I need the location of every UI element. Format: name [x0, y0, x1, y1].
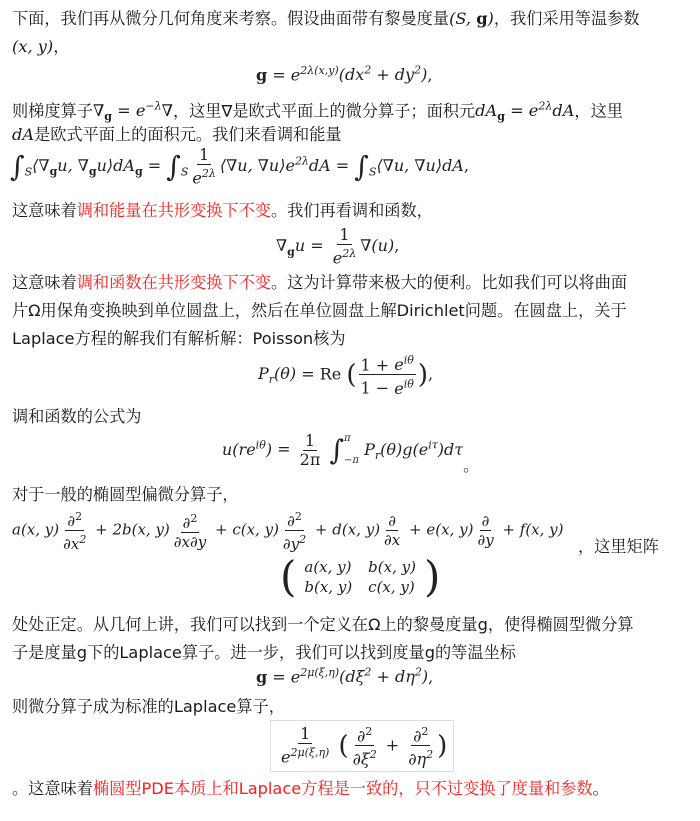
para-6: 对于一般的椭圆型偏微分算子， — [12, 484, 239, 506]
matrix-cell: c(x, y) — [360, 577, 424, 597]
math-gradient-g: ∇g = e−λ∇ — [93, 101, 173, 120]
math-area-element: dAg = e2λdA — [475, 101, 574, 120]
punct: 。 — [463, 456, 479, 475]
punct: , — [427, 65, 432, 84]
punct: , — [428, 364, 433, 383]
para-4-text-b: 。这为计算带来极大的便利。比如我们可以将曲面 — [271, 273, 627, 292]
para-7-line-2: 子是度量g下的Laplace算子。进一步，我们可以找到度量g的等温坐标 — [12, 642, 516, 664]
highlight-harmonic-invariant: 调和函数在共形变换下不变 — [77, 273, 271, 292]
matrix-cell: a(x, y) — [296, 557, 360, 577]
lower-limit: −π — [344, 450, 359, 472]
matrix-cell: b(x, y) — [296, 577, 360, 597]
matrix-table: a(x, y)b(x, y) b(x, y)c(x, y) — [296, 557, 424, 597]
para-8: 则微分算子成为标准的Laplace算子， — [12, 696, 285, 718]
para-3: 这意味着调和能量在共形变换下不变。我们再看调和函数， — [12, 200, 433, 222]
punct: , — [428, 667, 433, 686]
equation-harmonic: u(reiθ) = 12π ∫π−π Pr(θ)g(eiτ)dτ。 — [222, 428, 479, 472]
matrix-cell: b(x, y) — [360, 557, 424, 577]
frac-num: 1 — [298, 725, 312, 744]
fraction: 1e2λ — [190, 146, 217, 187]
para-1-text-a: 下面，我们再从微分几何角度来考察。假设曲面带有黎曼度量 — [12, 9, 449, 28]
equation-laplace: 1e2μ(ξ,η) (∂2∂ξ2 + ∂2∂η2) — [270, 720, 454, 772]
para-7-line-1: 处处正定。从几何上讲，我们可以找到一个定义在Ω上的黎曼度量g，使得椭圆型微分算 — [12, 614, 634, 636]
equation-isothermal: g = e2μ(ξ,η)(dξ2 + dη2), — [256, 666, 433, 686]
metric-exponent: 2λ(x,y) — [300, 64, 338, 77]
para-1-line-1: 下面，我们再从微分几何角度来考察。假设曲面带有黎曼度量(S, g)，我们采用等温… — [12, 8, 640, 30]
iso-exponent: 2μ(ξ,η) — [300, 666, 339, 679]
para-9-text-b: 。 — [593, 779, 609, 798]
highlight-energy-invariant: 调和能量在共形变换下不变 — [77, 201, 271, 220]
para-2-text-c: ，这里 — [574, 101, 623, 120]
para-4-text-a: 这意味着 — [12, 273, 77, 292]
operator-trailing-text: ，这里矩阵 — [578, 536, 659, 558]
para-1-line-2: (x, y)， — [12, 36, 69, 58]
math-S-g: (S, g) — [449, 9, 494, 28]
para-4-line-3: Laplace方程的解我们有解析解：Poisson核为 — [12, 328, 346, 350]
para-2-line-2-text: 是欧式平面上的面积元。我们来看调和能量 — [34, 125, 342, 144]
para-4-line-2: 片Ω用保角变换映到单位圆盘上，然后在单位圆盘上解Dirichlet问题。在圆盘上… — [12, 300, 627, 322]
para-9-text-a: 。这意味着 — [12, 779, 93, 798]
equation-energy: ∫S⟨∇gu, ∇gu⟩dAg = ∫S1e2λ⟨∇u, ∇u⟩e2λdA = … — [10, 146, 469, 187]
para-3-text-a: 这意味着 — [12, 201, 77, 220]
para-9: 。这意味着椭圆型PDE本质上和Laplace方程是一致的，只不过变换了度量和参数… — [12, 778, 609, 800]
equation-metric: g = e2λ(x,y)(dx2 + dy2), — [256, 64, 432, 84]
para-5: 调和函数的公式为 — [12, 406, 142, 428]
highlight-pde-conclusion: 椭圆型PDE本质上和Laplace方程是一致的，只不过变换了度量和参数 — [93, 779, 593, 798]
para-2-text-b: ，这里∇是欧式平面上的微分算子；面积元 — [173, 101, 475, 120]
punct: , — [394, 236, 399, 255]
frac-num: 1 — [303, 432, 317, 451]
equation-poisson: Pr(θ) = Re (1 + eiθ1 − eiθ), — [258, 352, 433, 398]
equation-operator: a(x, y)∂2∂x2 + 2b(x, y)∂2∂x∂y + c(x, y)∂… — [12, 508, 564, 553]
punct: , — [464, 156, 469, 175]
equation-matrix: ( a(x, y)b(x, y) b(x, y)c(x, y) ) — [280, 556, 440, 598]
frac-den: 2π — [298, 451, 323, 469]
comma: ， — [53, 37, 69, 56]
upper-limit: π — [344, 428, 359, 450]
para-2-line-2: dA是欧式平面上的面积元。我们来看调和能量 — [12, 124, 342, 146]
para-1-text-b: ，我们采用等温参数 — [494, 9, 640, 28]
para-2-text-a: 则梯度算子 — [12, 101, 93, 120]
frac-num: 1 — [337, 226, 351, 245]
math-x-y: (x, y) — [12, 37, 53, 56]
equation-gradient: ∇gu = 1e2λ∇(u), — [276, 226, 399, 267]
integral-sub: S — [25, 165, 33, 178]
para-3-text-b: 。我们再看调和函数， — [271, 201, 433, 220]
frac-num: 1 — [197, 146, 211, 165]
para-4-line-1: 这意味着调和函数在共形变换下不变。这为计算带来极大的便利。比如我们可以将曲面 — [12, 272, 627, 294]
math-dA: dA — [12, 125, 34, 144]
